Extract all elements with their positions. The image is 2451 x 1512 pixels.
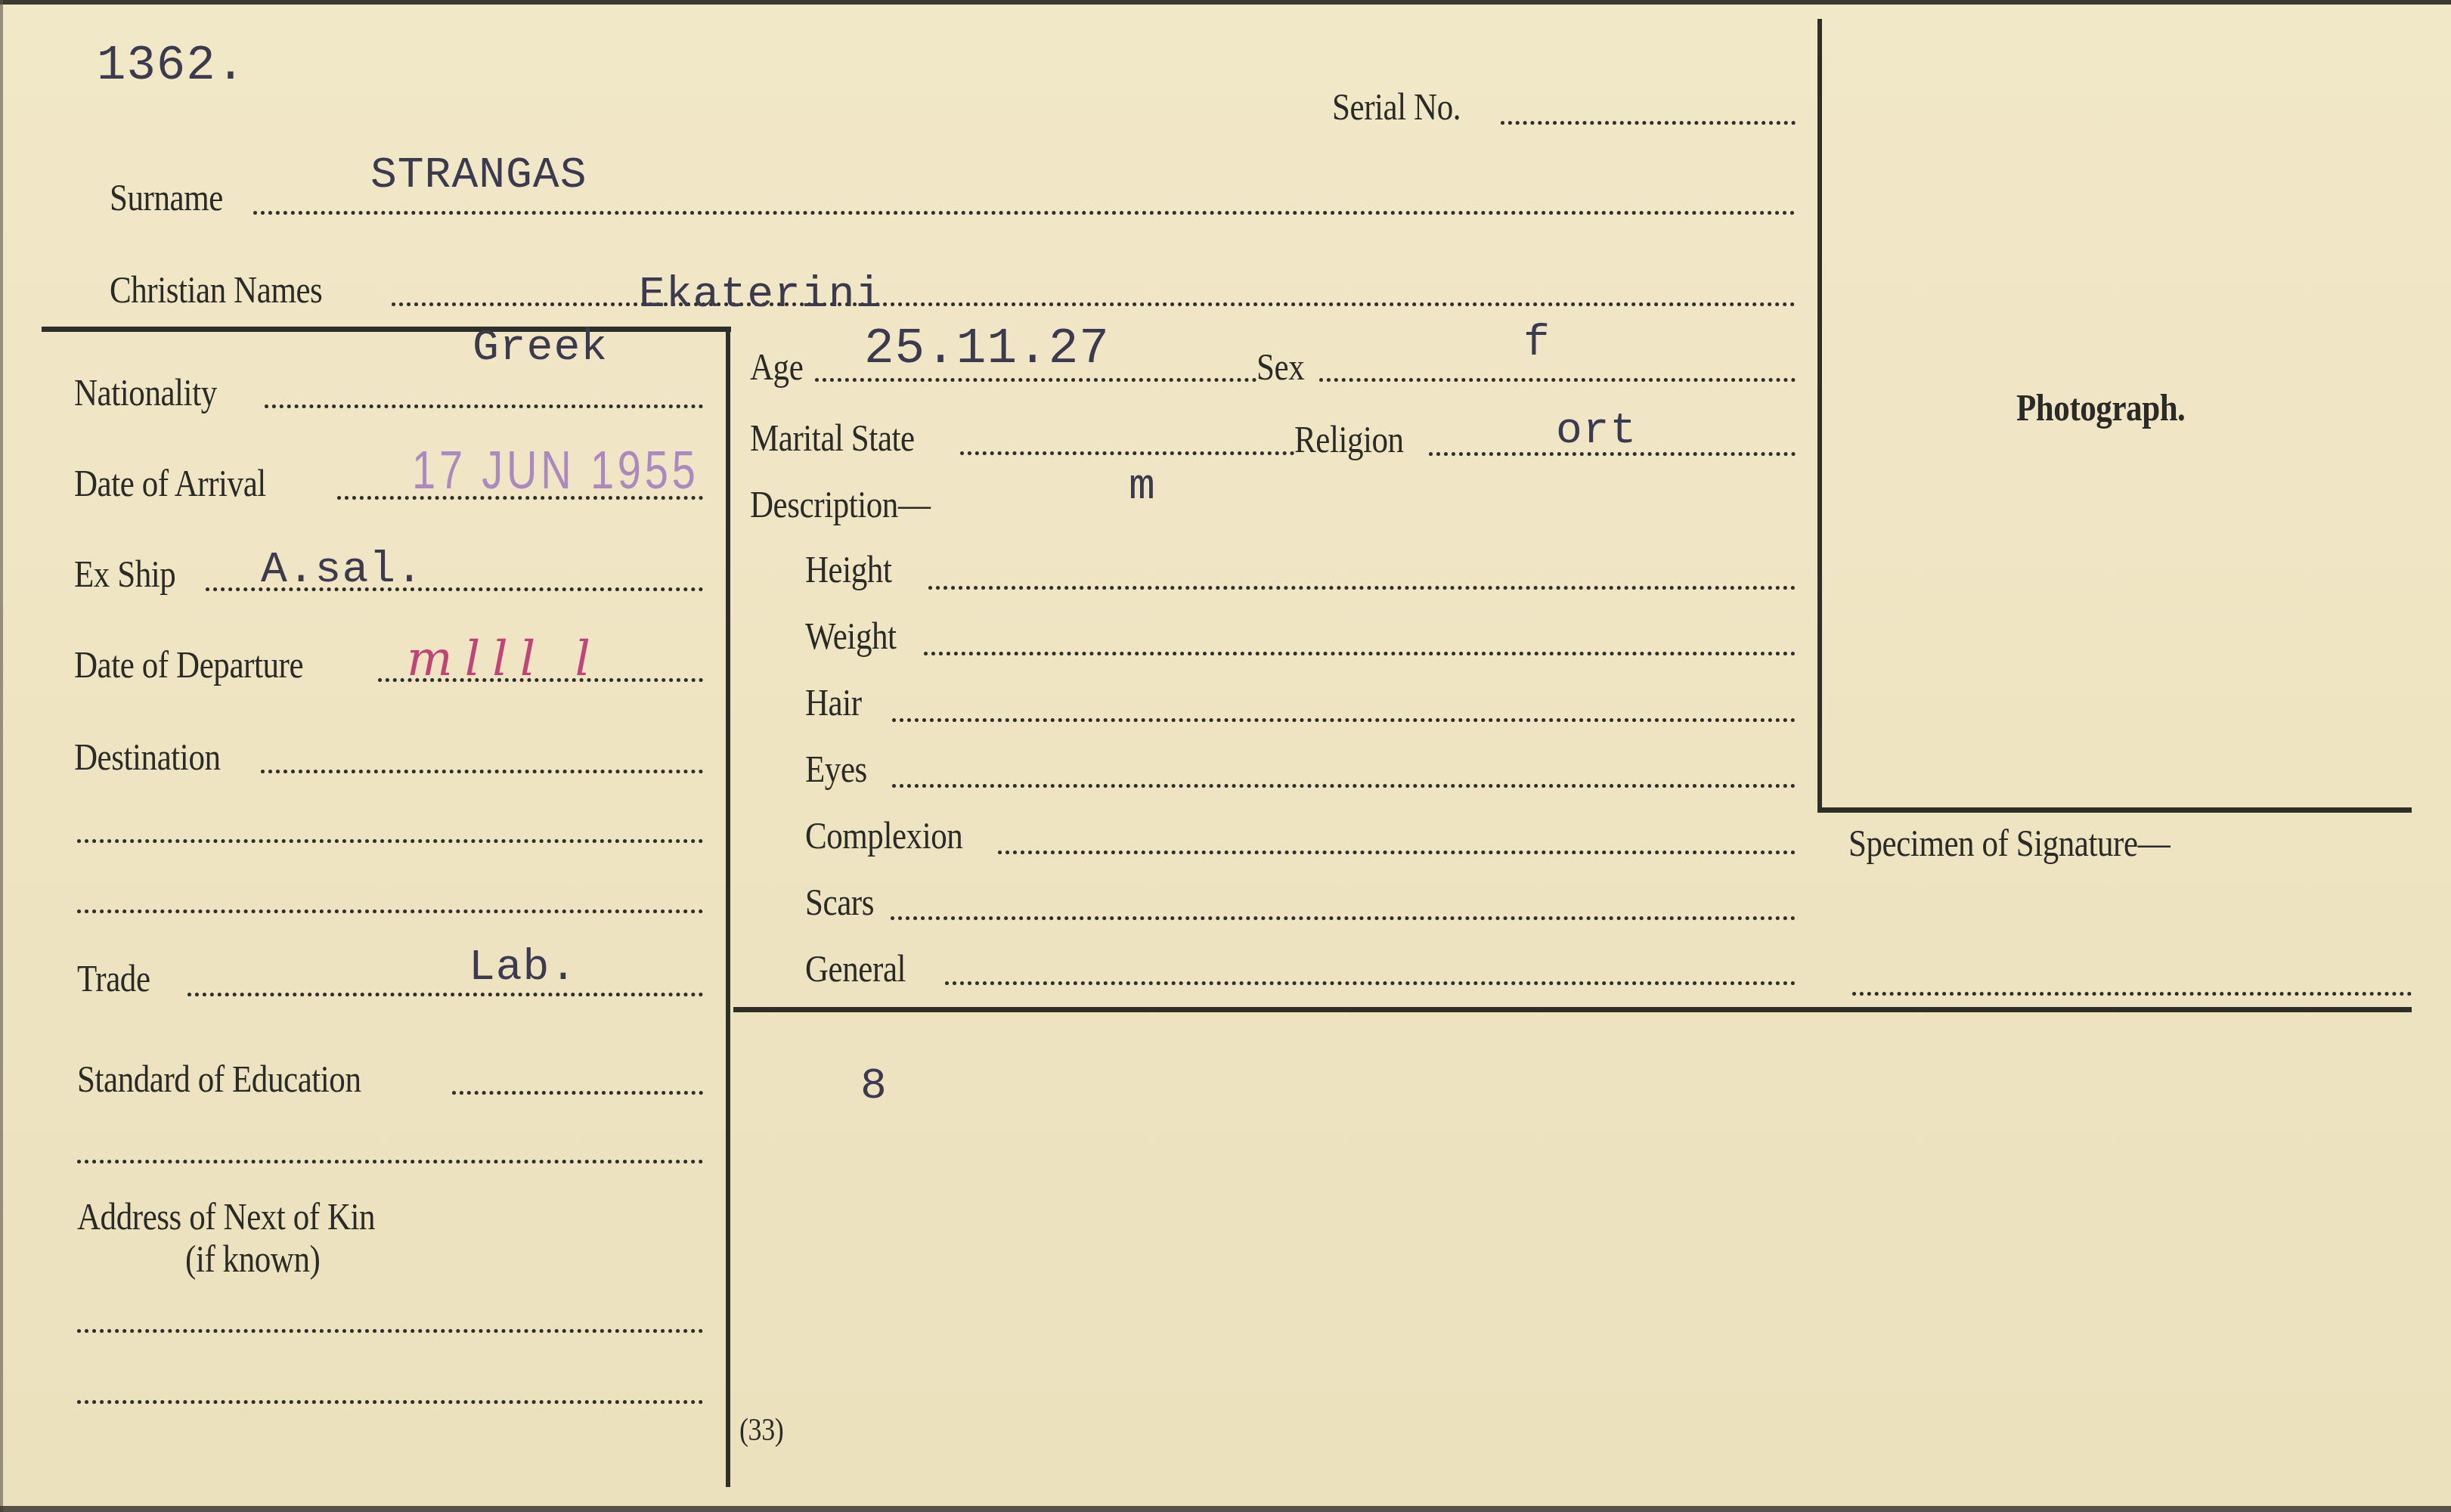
education-field-line-2[interactable] bbox=[77, 1160, 703, 1163]
age-field[interactable] bbox=[815, 378, 1256, 382]
age-label: Age bbox=[750, 345, 803, 389]
sex-label: Sex bbox=[1256, 345, 1304, 389]
surname-label: Surname bbox=[110, 175, 223, 219]
trade-value: Lab. bbox=[469, 943, 577, 993]
scars-label: Scars bbox=[805, 880, 874, 924]
card-number: 1362. bbox=[97, 39, 246, 94]
weight-label: Weight bbox=[805, 614, 897, 658]
sex-field[interactable] bbox=[1319, 378, 1796, 382]
general-field[interactable] bbox=[945, 981, 1796, 985]
photo-box-left-rule bbox=[1817, 19, 1822, 811]
card-left-edge bbox=[0, 0, 3, 1512]
nationality-label: Nationality bbox=[74, 370, 217, 414]
trade-label: Trade bbox=[77, 956, 150, 1000]
lower-note-value: 8 bbox=[860, 1062, 888, 1111]
destination-field-line-3[interactable] bbox=[77, 909, 703, 913]
destination-field[interactable] bbox=[261, 770, 703, 773]
sex-value: f bbox=[1523, 319, 1551, 368]
next-of-kin-label: Address of Next of Kin bbox=[77, 1194, 375, 1238]
religion-label: Religion bbox=[1294, 417, 1404, 461]
religion-value: ort bbox=[1556, 407, 1637, 456]
card-bottom-edge bbox=[0, 1506, 2451, 1512]
description-label: Description— bbox=[750, 482, 930, 526]
left-section-top-rule bbox=[42, 327, 731, 332]
photo-box-bottom-rule bbox=[1817, 807, 2412, 813]
signature-field[interactable] bbox=[1852, 992, 2412, 996]
date-of-departure-handwriting: mlll l bbox=[407, 631, 603, 687]
weight-field[interactable] bbox=[924, 652, 1796, 655]
photograph-area[interactable] bbox=[1824, 23, 2412, 806]
surname-value: STRANGAS bbox=[370, 151, 587, 200]
hair-label: Hair bbox=[805, 680, 862, 724]
surname-field[interactable] bbox=[253, 211, 1796, 215]
date-of-departure-label: Date of Departure bbox=[74, 643, 303, 686]
education-label: Standard of Education bbox=[77, 1057, 361, 1101]
marital-state-label: Marital State bbox=[750, 416, 915, 460]
trade-field[interactable] bbox=[187, 993, 703, 996]
description-value: m bbox=[1129, 463, 1156, 512]
eyes-field[interactable] bbox=[892, 784, 1796, 788]
nationality-value: Greek bbox=[473, 324, 608, 373]
complexion-field[interactable] bbox=[998, 850, 1796, 854]
date-of-arrival-stamp: 17 JUN 1955 bbox=[412, 440, 699, 500]
eyes-label: Eyes bbox=[805, 747, 867, 791]
form-code: (33) bbox=[739, 1412, 783, 1448]
serial-field[interactable] bbox=[1501, 121, 1796, 125]
height-field[interactable] bbox=[928, 586, 1796, 590]
nationality-field[interactable] bbox=[265, 404, 703, 408]
column-divider bbox=[726, 327, 730, 1487]
next-of-kin-sublabel: (if known) bbox=[185, 1237, 320, 1281]
scars-field[interactable] bbox=[891, 916, 1796, 920]
complexion-label: Complexion bbox=[805, 813, 962, 857]
marital-state-field[interactable] bbox=[960, 451, 1294, 455]
hair-field[interactable] bbox=[892, 718, 1796, 722]
next-of-kin-field-line-1[interactable] bbox=[77, 1329, 703, 1333]
serial-label: Serial No. bbox=[1332, 85, 1461, 129]
christian-names-field[interactable] bbox=[392, 302, 1796, 306]
description-bottom-rule bbox=[733, 1007, 2412, 1012]
christian-names-label: Christian Names bbox=[110, 268, 322, 311]
education-field[interactable] bbox=[452, 1091, 703, 1095]
date-of-arrival-label: Date of Arrival bbox=[74, 461, 266, 505]
destination-field-line-2[interactable] bbox=[77, 839, 703, 843]
height-label: Height bbox=[805, 547, 891, 591]
next-of-kin-field-line-2[interactable] bbox=[77, 1400, 703, 1404]
general-label: General bbox=[805, 947, 906, 990]
signature-label: Specimen of Signature— bbox=[1848, 821, 2170, 865]
ex-ship-label: Ex Ship bbox=[74, 552, 175, 596]
card-top-edge bbox=[0, 0, 2451, 5]
registration-card: 1362. Serial No. Surname STRANGAS Christ… bbox=[0, 0, 2451, 1512]
age-value: 25.11.27 bbox=[864, 321, 1110, 377]
destination-label: Destination bbox=[74, 735, 221, 779]
ex-ship-value: A.sal. bbox=[261, 546, 423, 595]
christian-names-value: Ekaterini bbox=[639, 271, 882, 320]
